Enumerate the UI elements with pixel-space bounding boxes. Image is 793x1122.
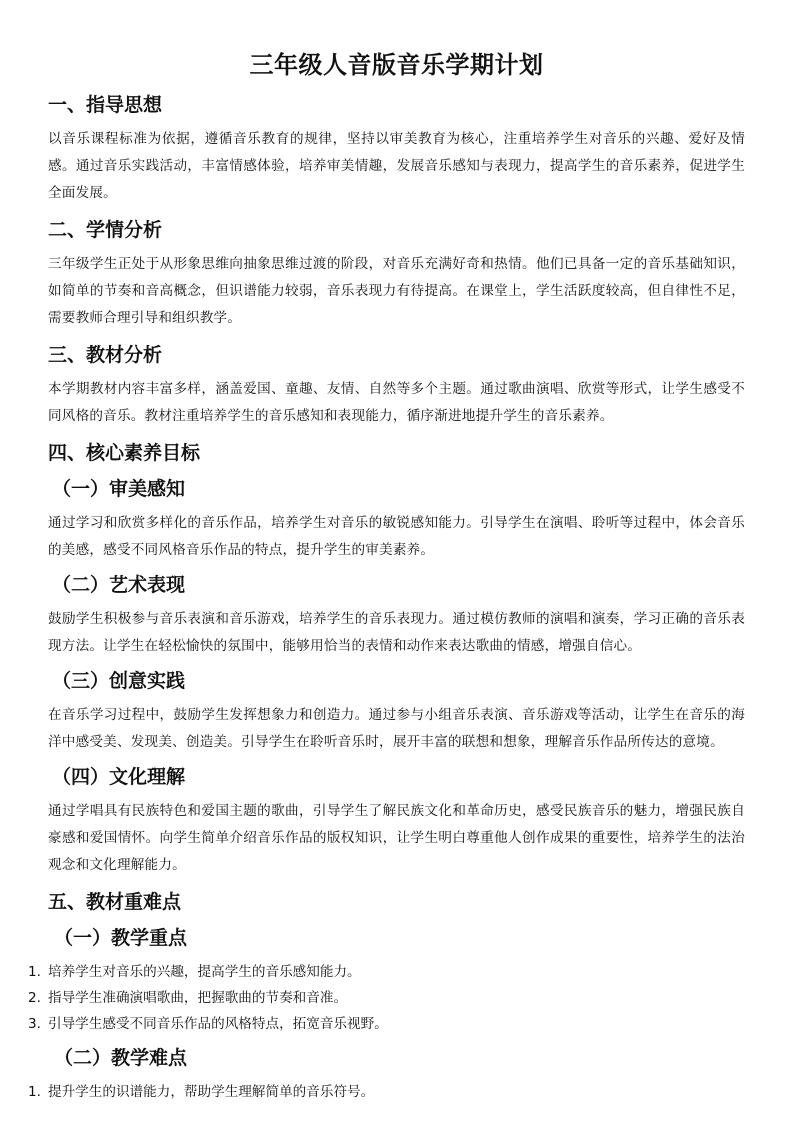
subsection-body: 通过学唱具有民族特色和爱国主题的歌曲，引导学生了解民族文化和革命历史，感受民族音…	[48, 798, 745, 879]
section-textbook-analysis: 三、教材分析 本学期教材内容丰富多样，涵盖爱国、童趣、友情、自然等多个主题。通过…	[48, 340, 745, 430]
list-text: 指导学生准确演唱歌曲，把握歌曲的节奏和音准。	[48, 985, 347, 1011]
section-core-literacy-goals: 四、核心素养目标 （一）审美感知 通过学习和欣赏多样化的音乐作品，培养学生对音乐…	[48, 438, 745, 879]
subsection-heading: （二）艺术表现	[52, 570, 745, 600]
subsection-heading: （二）教学难点	[54, 1043, 745, 1073]
section-body: 以音乐课程标准为依据，遵循音乐教育的规律，坚持以审美教育为核心，注重培养学生对音…	[48, 126, 745, 207]
list-text: 提升学生的识谱能力，帮助学生理解简单的音乐符号。	[48, 1079, 374, 1105]
section-key-difficult-points: 五、教材重难点 （一）教学重点 1. 培养学生对音乐的兴趣，提高学生的音乐感知能…	[48, 887, 745, 1105]
section-body: 本学期教材内容丰富多样，涵盖爱国、童趣、友情、自然等多个主题。通过歌曲演唱、欣赏…	[48, 376, 745, 430]
list-item: 2. 指导学生准确演唱歌曲，把握歌曲的节奏和音准。	[28, 985, 745, 1011]
document-title: 三年级人音版音乐学期计划	[48, 0, 745, 82]
subsection-body: 通过学习和欣赏多样化的音乐作品，培养学生对音乐的敏锐感知能力。引导学生在演唱、聆…	[48, 510, 745, 564]
list-number: 1.	[28, 959, 48, 985]
subsection-heading: （三）创意实践	[52, 666, 745, 696]
document-page: 三年级人音版音乐学期计划 一、指导思想 以音乐课程标准为依据，遵循音乐教育的规律…	[0, 0, 793, 1105]
section-heading: 五、教材重难点	[48, 887, 745, 917]
section-heading: 四、核心素养目标	[48, 438, 745, 468]
list-item: 1. 培养学生对音乐的兴趣，提高学生的音乐感知能力。	[28, 959, 745, 985]
list-number: 2.	[28, 985, 48, 1011]
section-heading: 二、学情分析	[48, 215, 745, 245]
section-student-analysis: 二、学情分析 三年级学生正处于从形象思维向抽象思维过渡的阶段，对音乐充满好奇和热…	[48, 215, 745, 332]
subsection-heading: （一）审美感知	[52, 474, 745, 504]
list-text: 引导学生感受不同音乐作品的风格特点，拓宽音乐视野。	[48, 1011, 388, 1037]
list-number: 3.	[28, 1011, 48, 1037]
list-item: 3. 引导学生感受不同音乐作品的风格特点，拓宽音乐视野。	[28, 1011, 745, 1037]
subsection-heading: （一）教学重点	[54, 923, 745, 953]
section-body: 三年级学生正处于从形象思维向抽象思维过渡的阶段，对音乐充满好奇和热情。他们已具备…	[48, 251, 745, 332]
subsection-body: 鼓励学生积极参与音乐表演和音乐游戏，培养学生的音乐表现力。通过模仿教师的演唱和演…	[48, 606, 745, 660]
list-item: 1. 提升学生的识谱能力，帮助学生理解简单的音乐符号。	[28, 1079, 745, 1105]
key-points-list: 1. 培养学生对音乐的兴趣，提高学生的音乐感知能力。 2. 指导学生准确演唱歌曲…	[48, 959, 745, 1037]
list-text: 培养学生对音乐的兴趣，提高学生的音乐感知能力。	[48, 959, 361, 985]
section-guiding-ideology: 一、指导思想 以音乐课程标准为依据，遵循音乐教育的规律，坚持以审美教育为核心，注…	[48, 90, 745, 207]
subsection-heading: （四）文化理解	[52, 762, 745, 792]
section-heading: 一、指导思想	[48, 90, 745, 120]
difficult-points-list: 1. 提升学生的识谱能力，帮助学生理解简单的音乐符号。	[48, 1079, 745, 1105]
list-number: 1.	[28, 1079, 48, 1105]
section-heading: 三、教材分析	[48, 340, 745, 370]
subsection-body: 在音乐学习过程中，鼓励学生发挥想象力和创造力。通过参与小组音乐表演、音乐游戏等活…	[48, 702, 745, 756]
